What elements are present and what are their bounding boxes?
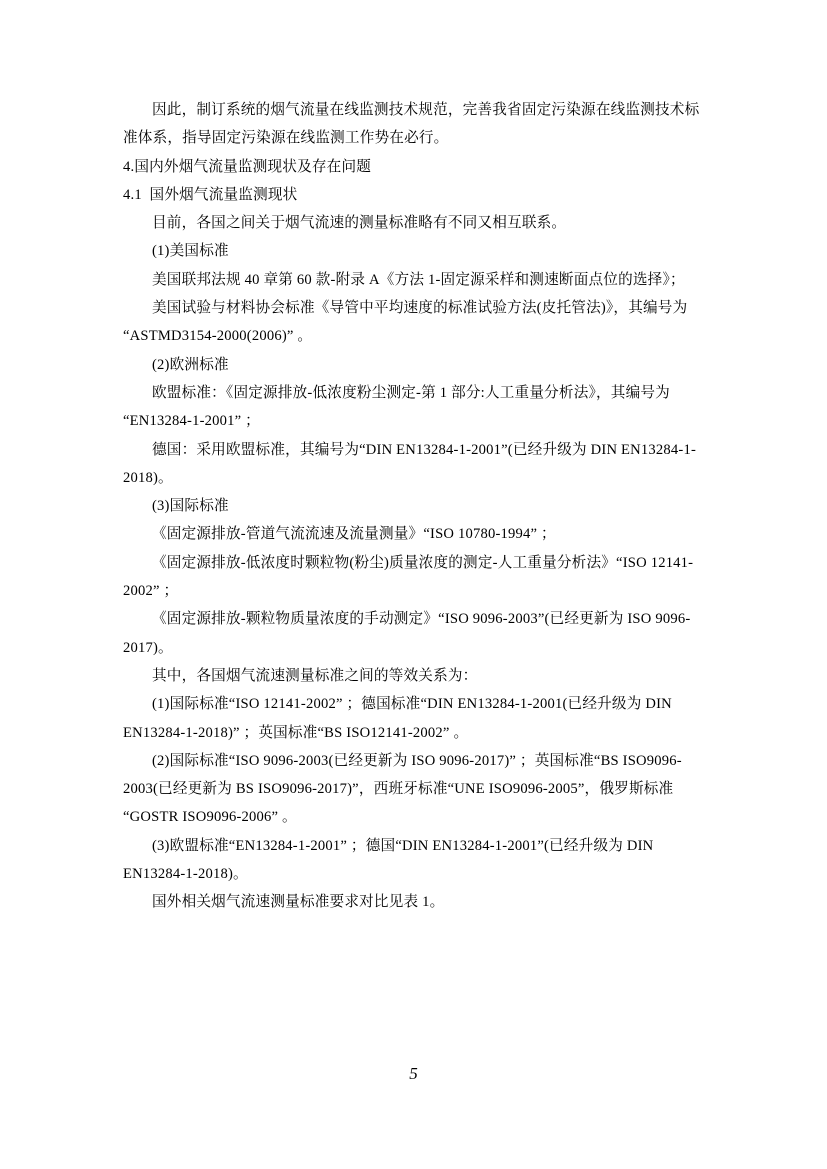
text-line: EN13284-1-2018)” ；英国标准“BS ISO12141-2002”… [123,719,701,747]
text-line: (1)美国标准 [123,237,701,265]
text-line: 国外相关烟气流速测量标准要求对比见表 1。 [123,888,701,916]
document-body: 因此，制订系统的烟气流量在线监测技术规范，完善我省固定污染源在线监测技术标准体系… [123,96,701,917]
text-line: 《固定源排放-管道气流流速及流量测量》“ISO 10780-1994” ； [123,520,701,548]
text-line: 2017)。 [123,634,701,662]
text-line: 因此，制订系统的烟气流量在线监测技术规范，完善我省固定污染源在线监测技术标 [123,96,701,124]
text-line: 德国：采用欧盟标准，其编号为“DIN EN13284-1-2001”(已经升级为… [123,436,701,464]
text-line: EN13284-1-2018)。 [123,860,701,888]
text-line: 2003(已经更新为 BS ISO9096-2017)”，西班牙标准“UNE I… [123,775,701,803]
text-line: 美国联邦法规 40 章第 60 款-附录 A《方法 1-固定源采样和测速断面点位… [123,266,701,294]
text-line: 美国试验与材料协会标准《导管中平均速度的标准试验方法(皮托管法)》，其编号为 [123,294,701,322]
text-line: 欧盟标准：《固定源排放-低浓度粉尘测定-第 1 部分:人工重量分析法》，其编号为 [123,379,701,407]
text-line: 其中，各国烟气流速测量标准之间的等效关系为： [123,662,701,690]
text-line: “EN13284-1-2001” ； [123,407,701,435]
text-line: 《固定源排放-低浓度时颗粒物(粉尘)质量浓度的测定-人工重量分析法》“ISO 1… [123,549,701,577]
text-line: “ASTMD3154-2000(2006)” 。 [123,322,701,350]
section-heading-line: 4.国内外烟气流量监测现状及存在问题 [123,153,701,181]
text-line: (3)欧盟标准“EN13284-1-2001” ；德国“DIN EN13284-… [123,832,701,860]
text-line: 2002” ； [123,577,701,605]
text-line: 准体系，指导固定污染源在线监测工作势在必行。 [123,124,701,152]
text-line: (1)国际标准“ISO 12141-2002” ；德国标准“DIN EN1328… [123,690,701,718]
text-line: (2)欧洲标准 [123,351,701,379]
text-line: “GOSTR ISO9096-2006” 。 [123,803,701,831]
text-line: 《固定源排放-颗粒物质量浓度的手动测定》“ISO 9096-2003”(已经更新… [123,605,701,633]
text-line: (2)国际标准“ISO 9096-2003(已经更新为 ISO 9096-201… [123,747,701,775]
text-line: 目前，各国之间关于烟气流速的测量标准略有不同又相互联系。 [123,209,701,237]
document-page: 因此，制订系统的烟气流量在线监测技术规范，完善我省固定污染源在线监测技术标准体系… [0,0,827,1169]
text-line: 2018)。 [123,464,701,492]
text-line: (3)国际标准 [123,492,701,520]
page-number: 5 [409,1064,418,1083]
page-footer: 5 [0,1064,827,1084]
section-heading-line: 4.1 国外烟气流量监测现状 [123,181,701,209]
